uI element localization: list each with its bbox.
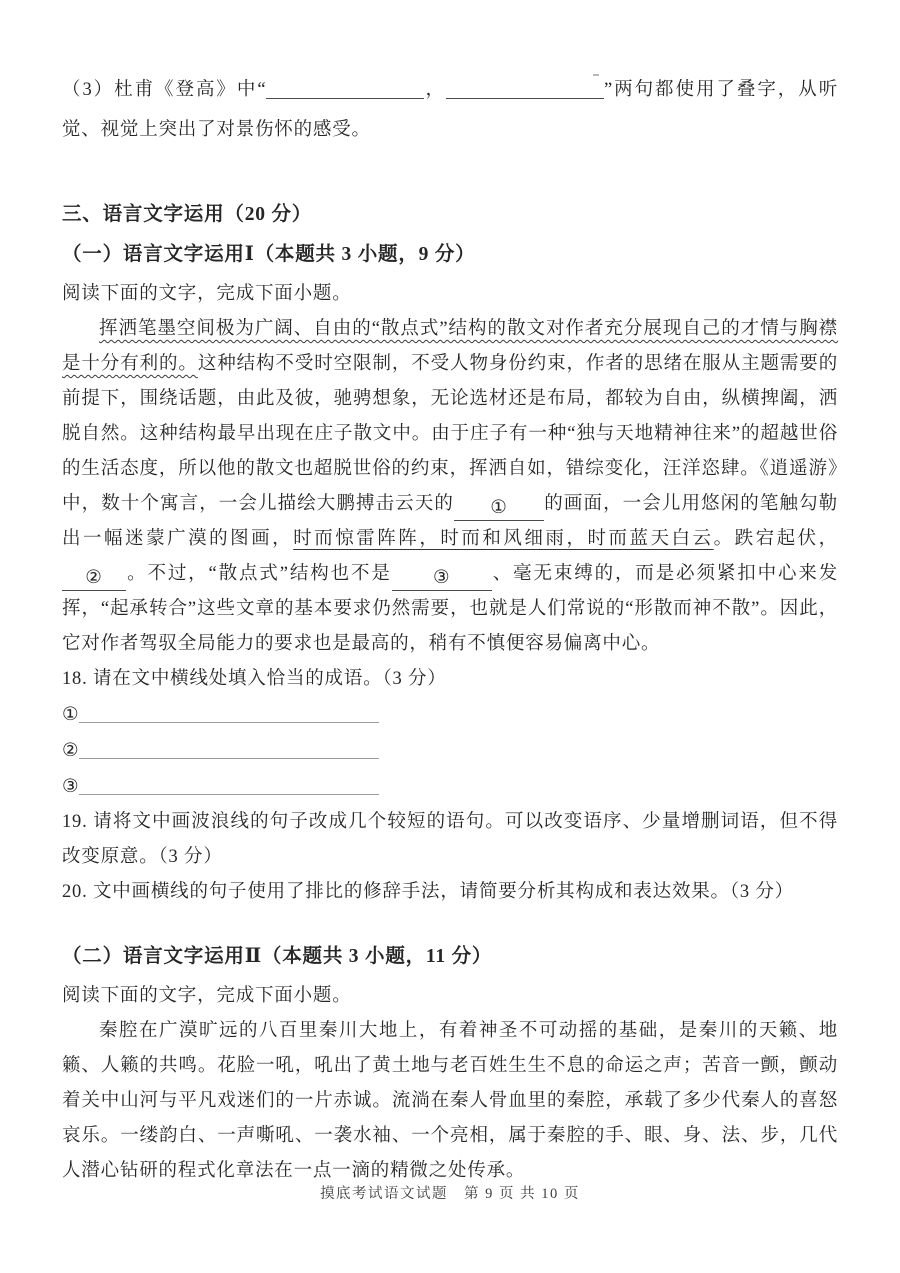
part2-intro: 阅读下面的文字，完成下面小题。	[62, 978, 838, 1014]
blank-number-2: ②	[85, 568, 102, 588]
answer-number-1: ①	[62, 705, 79, 725]
inline-idiom-blank-2: ②	[62, 566, 126, 591]
blank-number-3: ③	[433, 568, 450, 588]
q18-answer-line-2: ②	[62, 733, 838, 769]
answer-rule-2	[79, 738, 379, 759]
scan-artifact-mark	[593, 74, 599, 76]
page-footer: 摸底考试语文试题 第 9 页 共 10 页	[0, 1182, 900, 1203]
question-20: 20. 文中画横线的句子使用了排比的修辞手法，请简要分析其构成和表达效果。（3 …	[62, 875, 838, 910]
blank-number-1: ①	[490, 498, 507, 518]
answer-number-2: ②	[62, 741, 79, 761]
inline-idiom-blank-3: ③	[392, 566, 492, 591]
straight-underlined-sentence: 时而惊雷阵阵，时而和风细雨，时而蓝天白云	[293, 529, 713, 549]
q18-answer-line-3: ③	[62, 769, 838, 805]
part1-heading: （一）语言文字运用Ⅰ（本题共 3 小题，9 分）	[62, 236, 838, 274]
answer-rule-3	[79, 774, 379, 795]
completion-prefix: （3）杜甫《登高》中“	[62, 80, 266, 100]
exam-page: （3）杜甫《登高》中“，”两句都使用了叠字，从听觉、视觉上突出了对景伤怀的感受。…	[0, 0, 900, 1273]
recitation-blank-2	[446, 74, 604, 99]
answer-rule-1	[79, 702, 379, 723]
passage-text-c: 。跌宕起伏，	[714, 529, 838, 549]
part1-intro: 阅读下面的文字，完成下面小题。	[62, 276, 838, 312]
completion-item-3: （3）杜甫《登高》中“，”两句都使用了叠字，从听觉、视觉上突出了对景伤怀的感受。	[62, 70, 838, 150]
question-18: 18. 请在文中横线处填入恰当的成语。（3 分）	[62, 662, 838, 697]
question-19: 19. 请将文中画波浪线的句子改成几个较短的语句。可以改变语序、少量增删词语，但…	[62, 805, 838, 875]
part1-passage: 挥洒笔墨空间极为广阔、自由的“散点式”结构的散文对作者充分展现自己的才情与胸襟是…	[62, 312, 838, 662]
part2-heading: （二）语言文字运用Ⅱ（本题共 3 小题，11 分）	[62, 938, 838, 976]
inline-idiom-blank-1: ①	[454, 496, 544, 521]
answer-number-3: ③	[62, 777, 79, 797]
recitation-blank-1	[266, 74, 424, 99]
completion-separator: ，	[424, 80, 446, 100]
passage-text-d: 。不过，“散点式”结构也不是	[126, 564, 392, 584]
part2-passage: 秦腔在广漠旷远的八百里秦川大地上，有着神圣不可动摇的基础，是秦川的天籁、地籁、人…	[62, 1014, 838, 1189]
section-title: 三、语言文字运用（20 分）	[62, 196, 838, 234]
passage-text-a: 这种结构不受时空限制，不受人物身份约束，作者的思绪在服从主题需要的前提下，围绕话…	[62, 354, 838, 514]
q18-answer-line-1: ①	[62, 697, 838, 733]
